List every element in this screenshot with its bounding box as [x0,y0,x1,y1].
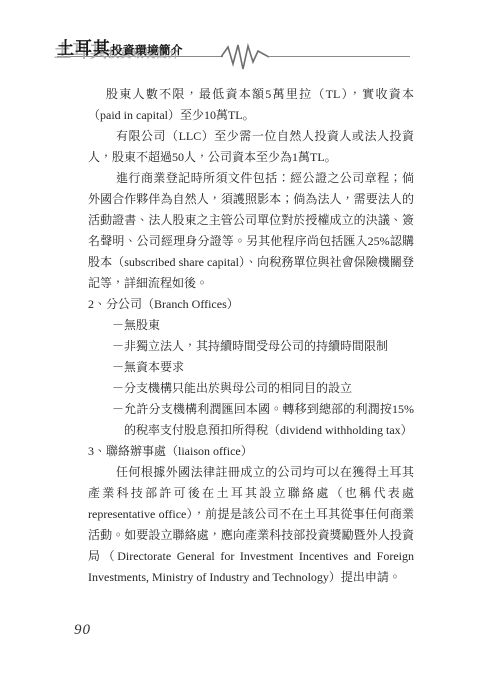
section-heading-liaison-office: 3、聯絡辦事處（liaison office） [88,441,414,462]
section-heading-branch-offices: 2、分公司（Branch Offices） [88,294,414,315]
paragraph-continuation: 股東人數不限，最低資本額5萬里拉（TL），實收資本（paid in capita… [88,84,414,126]
page-header: 土耳其投資環境簡介 [0,0,480,70]
chapter-title-main: 土耳其 [57,39,111,58]
zigzag-icon [221,43,269,71]
list-item: －允許分支機構利潤匯回本國。轉移到總部的利潤按15%的稅率支付股息預扣所得稅（d… [88,399,414,441]
paragraph: 有限公司（LLC）至少需一位自然人投資人或法人投資人，股東不超過50人，公司資本… [88,126,414,168]
paragraph: 進行商業登記時所須文件包括：經公證之公司章程；倘外國合作夥伴為自然人，須護照影本… [88,168,414,294]
list-item: －無資本要求 [88,357,414,378]
chapter-title: 土耳其投資環境簡介 [57,34,183,59]
list-item: －非獨立法人，其持續時間受母公司的持續時間限制 [88,336,414,357]
document-body: 股東人數不限，最低資本額5萬里拉（TL），實收資本（paid in capita… [88,84,414,588]
document-page: 土耳其投資環境簡介 股東人數不限，最低資本額5萬里拉（TL），實收資本（paid… [0,0,480,679]
list-item: －無股東 [88,315,414,336]
list-item: －分支機構只能出於與母公司的相同目的設立 [88,378,414,399]
page-number: 90 [74,622,91,639]
chapter-title-sub: 投資環境簡介 [111,45,183,57]
paragraph: 任何根據外國法律註冊成立的公司均可以在獲得土耳其產業科技部許可後在土耳其設立聯絡… [88,462,414,588]
header-rule-right [268,56,410,57]
